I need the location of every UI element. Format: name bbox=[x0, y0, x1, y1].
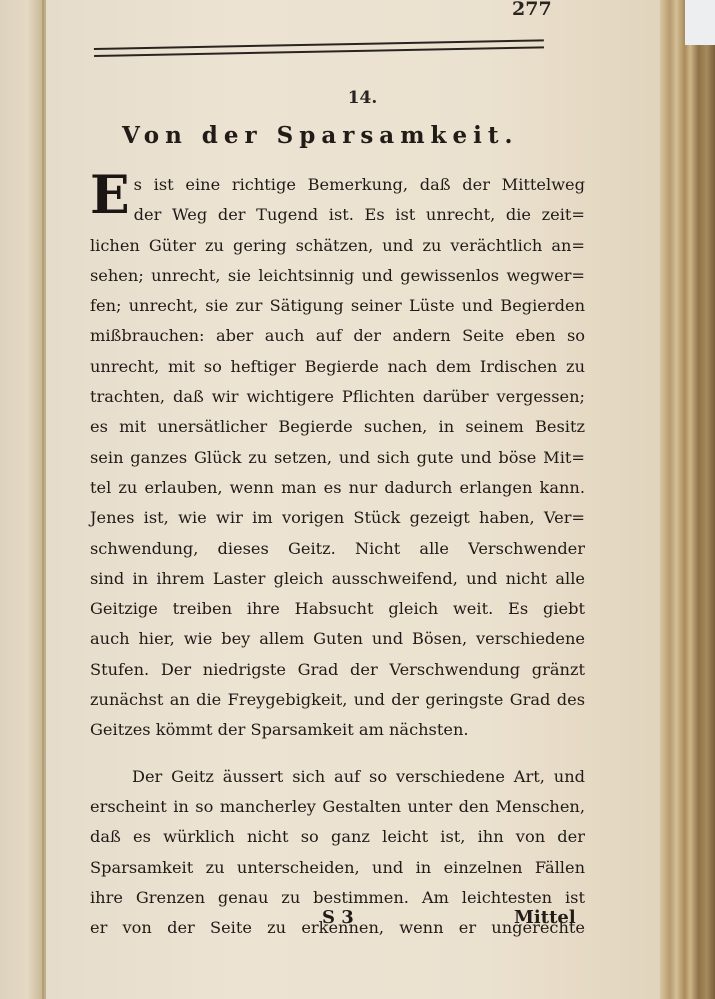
text-line: Sparsamkeit zu unterscheiden, und in ein… bbox=[90, 853, 585, 883]
chapter-title: Von der Sparsamkeit. bbox=[122, 122, 518, 149]
text-line: zunächst an die Freygebigkeit, und der g… bbox=[90, 685, 585, 715]
text-line: lichen Güter zu gering schätzen, und zu … bbox=[90, 231, 585, 261]
page-edges bbox=[660, 0, 715, 999]
text-line: mißbrauchen: aber auch auf der andern Se… bbox=[90, 321, 585, 351]
text-line: Geitzes kömmt der Sparsamkeit am nächste… bbox=[90, 715, 585, 745]
text-line: sehen; unrecht, sie leichtsinnig und gew… bbox=[90, 261, 585, 291]
text-line: Jenes ist, wie wir im vorigen Stück geze… bbox=[90, 503, 585, 533]
text-line: Der Geitz äussert sich auf so verschiede… bbox=[90, 762, 585, 792]
text-line: es mit unersätlicher Begierde suchen, in… bbox=[90, 412, 585, 442]
book-gutter bbox=[42, 0, 44, 999]
text-line: Geitzige treiben ihre Habsucht gleich we… bbox=[90, 594, 585, 624]
text-line: erscheint in so mancherley Gestalten unt… bbox=[90, 792, 585, 822]
text-line: sind in ihrem Laster gleich ausschweifen… bbox=[90, 564, 585, 594]
text-line: fen; unrecht, sie zur Sätigung seiner Lü… bbox=[90, 291, 585, 321]
catchword: Mittel bbox=[514, 907, 576, 928]
text-line: sein ganzes Glück zu setzen, und sich gu… bbox=[90, 443, 585, 473]
paragraph-1: E s ist eine richtige Bemerkung, daß der… bbox=[90, 170, 585, 746]
chapter-number: 14. bbox=[0, 88, 715, 108]
body-text: E s ist eine richtige Bemerkung, daß der… bbox=[90, 170, 585, 943]
text-line: auch hier, wie bey allem Guten und Bösen… bbox=[90, 624, 585, 654]
drop-cap: E bbox=[90, 174, 130, 218]
text-line: der Weg der Tugend ist. Es ist unrecht, … bbox=[90, 200, 585, 230]
text-line: unrecht, mit so heftiger Begierde nach d… bbox=[90, 352, 585, 382]
text-line: trachten, daß wir wichtigere Pflichten d… bbox=[90, 382, 585, 412]
text-line: tel zu erlauben, wenn man es nur dadurch… bbox=[90, 473, 585, 503]
background bbox=[685, 0, 715, 45]
text-line: s ist eine richtige Bemerkung, daß der M… bbox=[90, 170, 585, 200]
text-line: schwendung, dieses Geitz. Nicht alle Ver… bbox=[90, 534, 585, 564]
page-number: 277 bbox=[512, 0, 552, 20]
signature-mark: S 3 bbox=[322, 907, 354, 928]
text-line: daß es würklich nicht so ganz leicht ist… bbox=[90, 822, 585, 852]
text-line: Stufen. Der niedrigste Grad der Verschwe… bbox=[90, 655, 585, 685]
